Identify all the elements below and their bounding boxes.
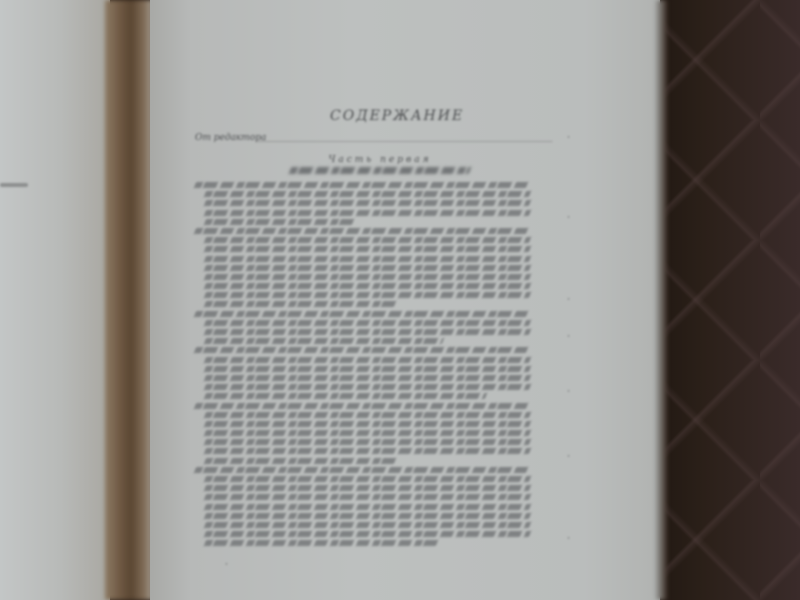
text-line (194, 182, 531, 188)
text-line (204, 274, 531, 280)
page-number: · (567, 452, 570, 462)
text-line (204, 357, 531, 363)
book-gutter (105, 0, 153, 600)
text-line (204, 210, 531, 216)
text-line (204, 513, 531, 519)
toc-entry: · (195, 182, 570, 225)
page-number: · (567, 213, 570, 223)
part-label: Часть первая (320, 155, 440, 165)
toc-entry: · (195, 347, 570, 399)
text-line (204, 320, 531, 326)
text-line (194, 347, 531, 353)
text-line (204, 375, 531, 381)
text-line (204, 246, 531, 252)
text-line (204, 301, 400, 307)
page-edge-shadow (655, 0, 667, 600)
text-line (204, 504, 531, 510)
toc-preface-entry: От редактора · (195, 133, 570, 147)
page-number: · (567, 534, 570, 544)
text-line (204, 191, 531, 197)
text-line (204, 421, 531, 427)
text-line (204, 366, 531, 372)
toc-entry: · (195, 403, 570, 464)
toc-entry: · (195, 467, 570, 547)
text-line (204, 393, 488, 399)
text-line (204, 329, 531, 335)
text-line (204, 412, 531, 418)
toc-entries: ······ (195, 182, 570, 550)
text-line (204, 476, 531, 482)
left-page-text-fragment (0, 183, 28, 187)
text-line (194, 403, 531, 409)
page-footer-mark: · (225, 560, 228, 570)
text-line (204, 430, 531, 436)
text-line (194, 311, 531, 317)
text-line (204, 283, 531, 289)
part-title (290, 167, 470, 177)
text-line (204, 200, 531, 206)
text-line (204, 522, 531, 528)
page-number: · (567, 133, 570, 143)
toc-title: СОДЕРЖАНИЕ (330, 108, 440, 124)
page-number: · (567, 295, 570, 305)
text-line (204, 292, 531, 298)
text-line (204, 219, 357, 225)
page-number: · (567, 387, 570, 397)
leader-dots (257, 141, 552, 142)
toc-entry: · (195, 228, 570, 308)
text-line (204, 256, 531, 262)
text-line (204, 384, 531, 390)
text-line (204, 439, 531, 445)
text-line (204, 458, 397, 464)
text-line (204, 448, 531, 454)
text-line (194, 467, 531, 473)
page-number: · (567, 332, 570, 342)
text-line (204, 338, 444, 344)
preface-label: От редактора (195, 133, 266, 143)
text-line (204, 540, 441, 546)
text-line (204, 485, 531, 491)
toc-entry: · (195, 311, 570, 345)
photo-scene: СОДЕРЖАНИЕ От редактора · Часть первая ·… (0, 0, 800, 600)
text-line (204, 531, 531, 537)
text-line (204, 494, 531, 500)
text-line (194, 228, 531, 234)
text-line (204, 237, 531, 243)
left-page (0, 0, 110, 600)
text-line (204, 265, 531, 271)
